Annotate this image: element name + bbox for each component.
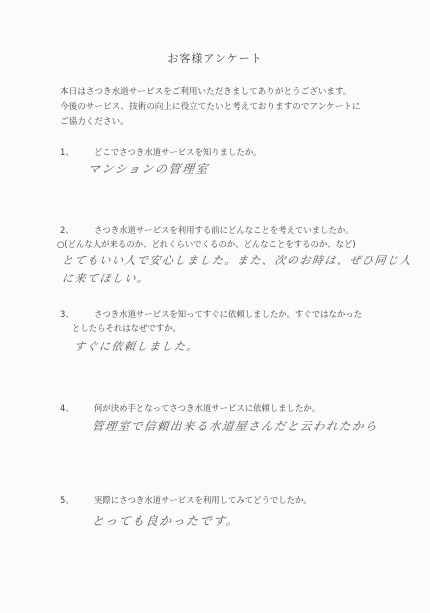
question-number: 5、 bbox=[60, 494, 74, 506]
answer-4: 管理室で信頼出来る水道屋さんだと云われたから bbox=[91, 418, 379, 434]
answer-5: とっても良かったです。 bbox=[91, 512, 240, 529]
question-text: どこでさつき水道サービスを知りましたか。 bbox=[94, 146, 262, 158]
question-subtext: ○(どんな人が来るのか、どれくらいでくるのか、どんなことをするのか、など) bbox=[57, 238, 356, 250]
page-title: お客様アンケート bbox=[0, 50, 430, 66]
intro-paragraph: 本日はさつき水道サービスをご利用いただきましてありがとうございます。 今後のサー… bbox=[60, 85, 390, 130]
answer-2-line-1: とてもいい人で安心しました。また、次のお時は、ぜひ同じ人 bbox=[61, 252, 413, 268]
question-text: 実際にさつき水道サービスを利用してみてどうでしたか。 bbox=[94, 494, 312, 506]
question-number: 2、 bbox=[60, 224, 74, 236]
survey-page: お客様アンケート 本日はさつき水道サービスをご利用いただきましてありがとうござい… bbox=[0, 0, 430, 613]
question-text: 何が決め手となってさつき水道サービスに依頼しましたか。 bbox=[94, 402, 320, 414]
intro-line: 今後のサービス、技術の向上に役立てたいと考えておりますのでアンケートに bbox=[60, 100, 390, 115]
answer-1: マンションの管理室 bbox=[87, 160, 210, 177]
question-text-continued: としたらそれはなぜですか。 bbox=[72, 322, 181, 334]
question-number: 4、 bbox=[60, 402, 74, 414]
intro-line: ご協力ください。 bbox=[60, 115, 390, 130]
question-number: 1、 bbox=[60, 146, 74, 158]
answer-3: すぐに依頼しました。 bbox=[73, 338, 200, 354]
intro-line: 本日はさつき水道サービスをご利用いただきましてありがとうございます。 bbox=[60, 85, 390, 100]
answer-2-line-2: に来てほしい。 bbox=[61, 270, 150, 286]
question-text: さつき水道サービスを利用する前にどんなことを考えていましたか。 bbox=[94, 224, 354, 236]
question-text: さつき水道サービスを知ってすぐに依頼しましたか。すぐではなかった bbox=[94, 308, 362, 320]
question-number: 3、 bbox=[60, 308, 74, 320]
